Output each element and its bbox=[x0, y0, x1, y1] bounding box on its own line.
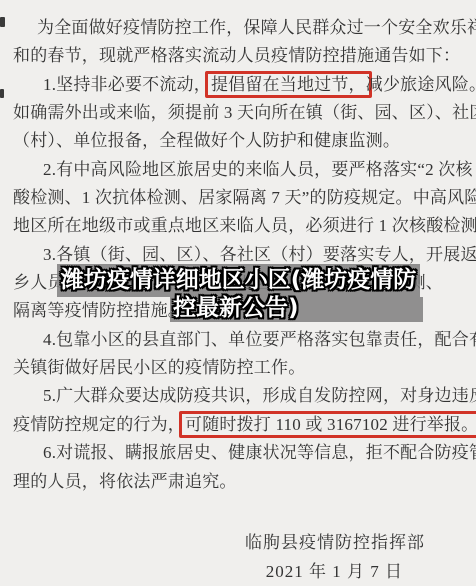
document-line-12: 4.包靠小区的县直部门、单位要严格落实包靠责任，配合有 bbox=[13, 326, 470, 354]
document-line-13: 关镇街做好居民小区的疫情防控工作。 bbox=[13, 354, 470, 382]
line-text: 5.广大群众要达成防疫共识，形成自发防控网，对身边违反 bbox=[43, 386, 476, 405]
date: 2021 年 1 月 7 日 bbox=[266, 557, 403, 582]
line-text: 为全面做好疫情防控工作，保障人民群众过一个安全欢乐祥 bbox=[37, 18, 476, 37]
line-text: 疫情防控规定的行为， bbox=[13, 415, 185, 434]
line-text: 隔离等疫情防控措施。 bbox=[13, 301, 185, 320]
line-text: 6.对谎报、瞒报旅居史、健康状况等信息，拒不配合防疫管 bbox=[43, 443, 476, 462]
line-text: 2.有中高风险地区旅居史的来临人员，要严格落实“2 次核 bbox=[43, 160, 473, 179]
document-line-17: 理的人员，将依法严肃追究。 bbox=[13, 468, 470, 496]
line-text: 酸检测、1 次抗体检测、居家隔离 7 天”的防疫规定。中高风险 bbox=[13, 188, 476, 207]
document-line-3: 1.坚持非必要不流动，提倡留在当地过节，减少旅途风险。 bbox=[13, 71, 470, 99]
scan-edge-artifact bbox=[0, 17, 5, 27]
line-text: 如确需外出或来临，须提前 3 天向所在镇（街、园、区）、社区 bbox=[13, 103, 476, 122]
document-line-16: 6.对谎报、瞒报旅居史、健康状况等信息，拒不配合防疫管 bbox=[13, 439, 470, 467]
caption-overlay-line1: 潍坊疫情详细地区小区(潍坊疫情防 bbox=[57, 264, 420, 297]
line-text: （村）、单位报备，全程做好个人防护和健康监测。 bbox=[13, 131, 400, 150]
document-line-1: 为全面做好疫情防控工作，保障人民群众过一个安全欢乐祥 bbox=[13, 14, 470, 42]
document-line-5: （村）、单位报备，全程做好个人防护和健康监测。 bbox=[13, 127, 470, 155]
document-line-15: 疫情防控规定的行为，可随时拨打 110 或 3167102 进行举报。 bbox=[13, 411, 470, 439]
line-text: 3.各镇（街、园、区）、各社区（村）要落实专人，开展返 bbox=[43, 245, 476, 264]
document-line-7: 酸检测、1 次抗体检测、居家隔离 7 天”的防疫规定。中高风险 bbox=[13, 184, 470, 212]
document-line-6: 2.有中高风险地区旅居史的来临人员，要严格落实“2 次核 bbox=[13, 156, 470, 184]
document-line-8: 地区所在地级市或重点地区来临人员，必须进行 1 次核酸检测。 bbox=[13, 212, 470, 240]
caption-overlay-line2: 控最新公告) bbox=[170, 297, 423, 322]
notice-document-page: 为全面做好疫情防控工作，保障人民群众过一个安全欢乐祥 和的春节，现就严格落实流动… bbox=[0, 0, 476, 586]
line-text: 地区所在地级市或重点地区来临人员，必须进行 1 次核酸检测。 bbox=[13, 216, 476, 235]
line-text: 关镇街做好居民小区的疫情防控工作。 bbox=[13, 358, 305, 377]
document-line-2: 和的春节，现就严格落实流动人员疫情防控措施通告如下： bbox=[13, 42, 470, 70]
line-text: 1.坚持非必要不流动， bbox=[43, 75, 211, 94]
line-text: 4.包靠小区的县直部门、单位要严格落实包靠责任，配合有 bbox=[43, 330, 476, 349]
document-line-14: 5.广大群众要达成防疫共识，形成自发防控网，对身边违反 bbox=[13, 382, 470, 410]
notice-body: 为全面做好疫情防控工作，保障人民群众过一个安全欢乐祥 和的春节，现就严格落实流动… bbox=[13, 14, 470, 496]
scan-edge-artifact bbox=[0, 89, 4, 98]
signature: 临朐县疫情防控指挥部 bbox=[245, 528, 425, 553]
document-line-4: 如确需外出或来临，须提前 3 天向所在镇（街、园、区）、社区 bbox=[13, 99, 470, 127]
line-text: 理的人员，将依法严肃追究。 bbox=[13, 472, 237, 491]
line-text: 减少旅途风险。 bbox=[366, 75, 476, 94]
highlight-box-stay-local: 提倡留在当地过节， bbox=[205, 71, 372, 98]
line-text: 和的春节，现就严格落实流动人员疫情防控措施通告如下： bbox=[13, 46, 460, 65]
highlight-box-report-phone: 可随时拨打 110 或 3167102 进行举报。 bbox=[179, 411, 476, 438]
